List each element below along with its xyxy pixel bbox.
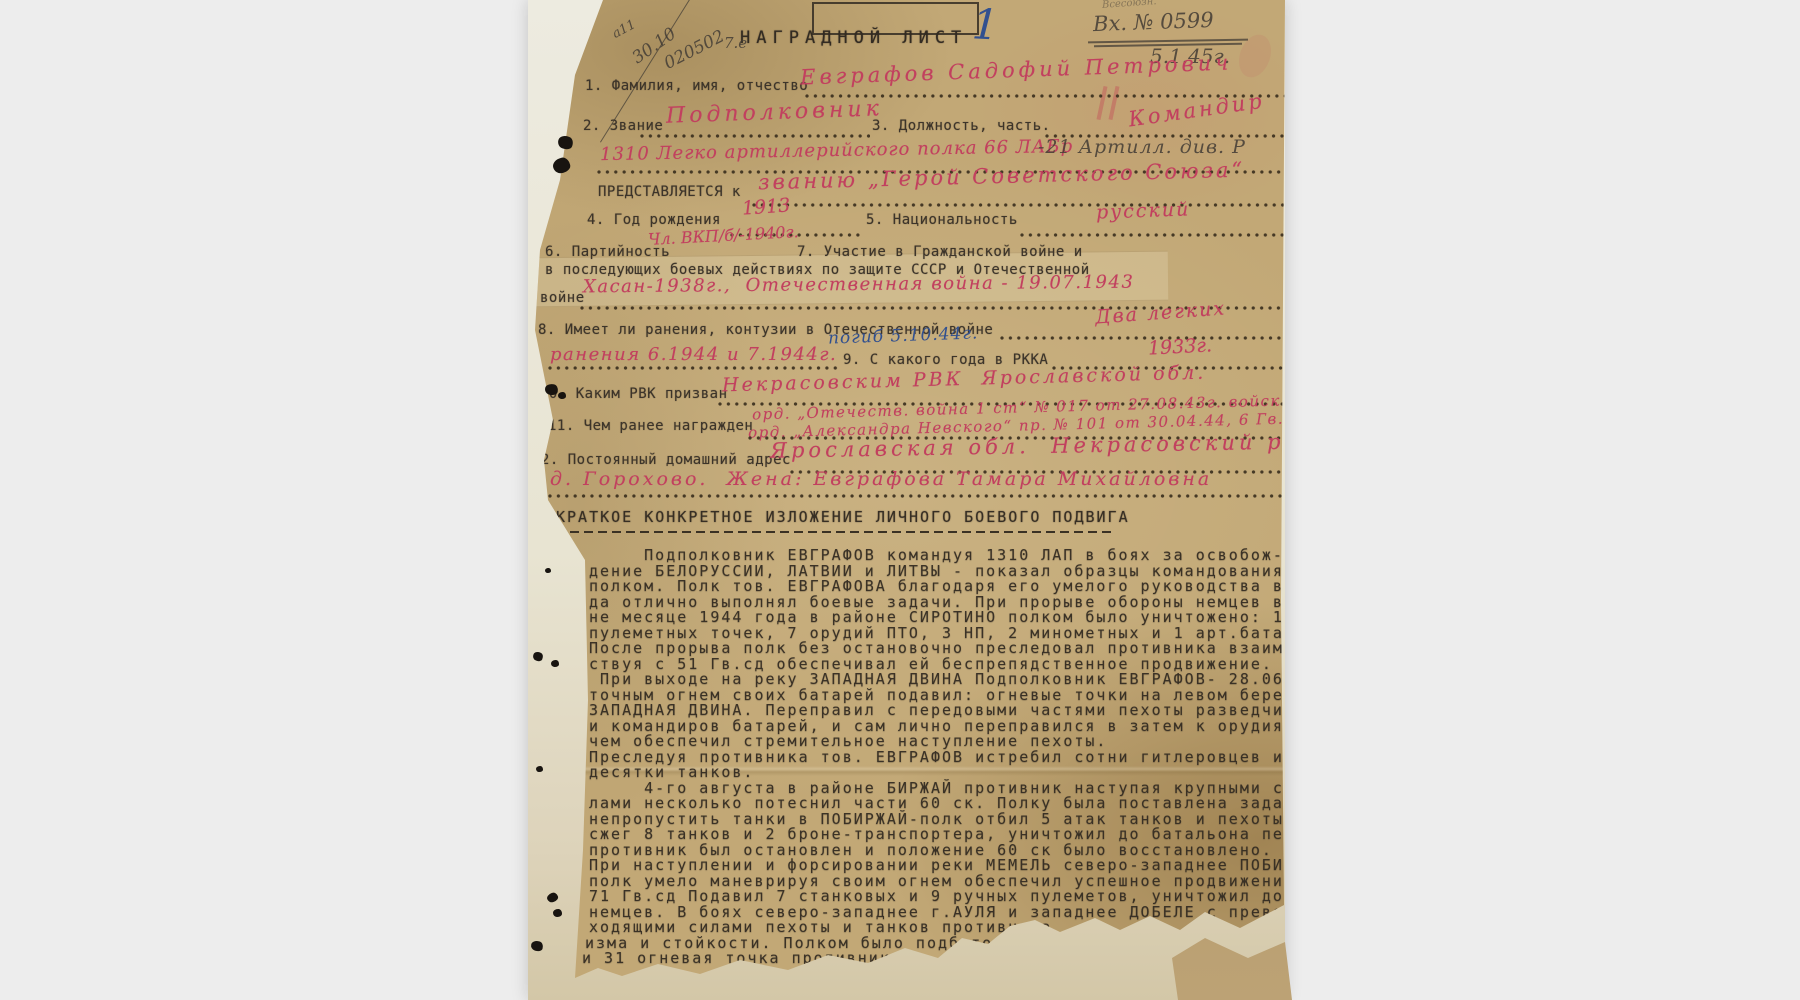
field-8-value: Два легких bbox=[1094, 297, 1226, 328]
ink-blot bbox=[545, 568, 551, 573]
incoming-number: Вх. № 0599 bbox=[1093, 8, 1214, 36]
mark-a11: а11 bbox=[610, 17, 638, 42]
ink-blot bbox=[551, 660, 559, 667]
ink-blot bbox=[553, 909, 562, 917]
field-5-value: русский bbox=[1096, 198, 1191, 223]
field-3-label: 3. Должность, часть. bbox=[872, 118, 1051, 134]
field-3-unit-pencil: -21 Артилл. див. Р bbox=[1038, 136, 1246, 158]
field-5-label: 5. Национальность bbox=[866, 212, 1018, 228]
scan-stage: НАГРАДНОЙ ЛИСТ 1 Всесоюзн. Вх. № 0599 5.… bbox=[0, 0, 1800, 1000]
red-mark bbox=[1097, 86, 1108, 120]
field-4-value: 1913 bbox=[741, 194, 791, 219]
field-8-value-2: ранения 6.1944 и 7.1944г. bbox=[550, 344, 837, 365]
field-2-value: Подполковник bbox=[666, 96, 884, 129]
field-12-label: 12. Постоянный домашний адрес bbox=[532, 452, 791, 468]
dotted-leader bbox=[548, 494, 1285, 498]
field-11-label: 11. Чем ранее награжден bbox=[548, 418, 753, 434]
field-4-label: 4. Год рождения bbox=[587, 212, 721, 228]
field-3-unit-value: 1310 Легко артиллерийского полка 66 ЛАБр bbox=[600, 136, 1074, 165]
field-2-label: 2. Звание bbox=[583, 118, 663, 134]
field-7-label-3: войне bbox=[540, 290, 585, 306]
dotted-leader bbox=[640, 134, 870, 138]
section-title: КРАТКОЕ КОНКРЕТНОЕ ИЗЛОЖЕНИЕ ЛИЧНОГО БОЕ… bbox=[556, 508, 1130, 526]
document-title: НАГРАДНОЙ ЛИСТ bbox=[740, 28, 967, 48]
dotted-leader bbox=[548, 366, 838, 370]
field-1-value: Евграфов Садофий Петрович bbox=[800, 50, 1233, 89]
dotted-leader bbox=[1000, 336, 1285, 340]
dotted-leader bbox=[1020, 233, 1285, 237]
presented-for-label: ПРЕДСТАВЛЯЕТСЯ к bbox=[598, 184, 741, 200]
presented-for-value: званию „Герой Советского Союза“ bbox=[758, 158, 1246, 195]
mark-7e: 7.е bbox=[724, 34, 747, 52]
red-mark bbox=[1109, 86, 1120, 120]
section-underline bbox=[556, 531, 1112, 533]
field-12-value-2: д. Горохово. Жена: Евграфова Тамара Миха… bbox=[550, 468, 1212, 490]
field-7-label: 7. Участие в Гражданской войне и bbox=[797, 244, 1083, 260]
ink-blot bbox=[536, 766, 543, 772]
field-8-blue-note: погиб 5.10.44г. bbox=[828, 323, 979, 348]
field-10-label: 10. Каким РВК призван bbox=[540, 386, 728, 402]
field-9-value: 1933г. bbox=[1147, 334, 1212, 359]
dotted-leader bbox=[752, 203, 1285, 207]
page-number-mark: 1 bbox=[971, 0, 1000, 50]
document-sheet: НАГРАДНОЙ ЛИСТ 1 Всесоюзн. Вх. № 0599 5.… bbox=[0, 0, 1800, 1000]
field-1-label: 1. Фамилия, имя, отчество bbox=[585, 78, 808, 94]
ink-blot bbox=[558, 392, 566, 399]
